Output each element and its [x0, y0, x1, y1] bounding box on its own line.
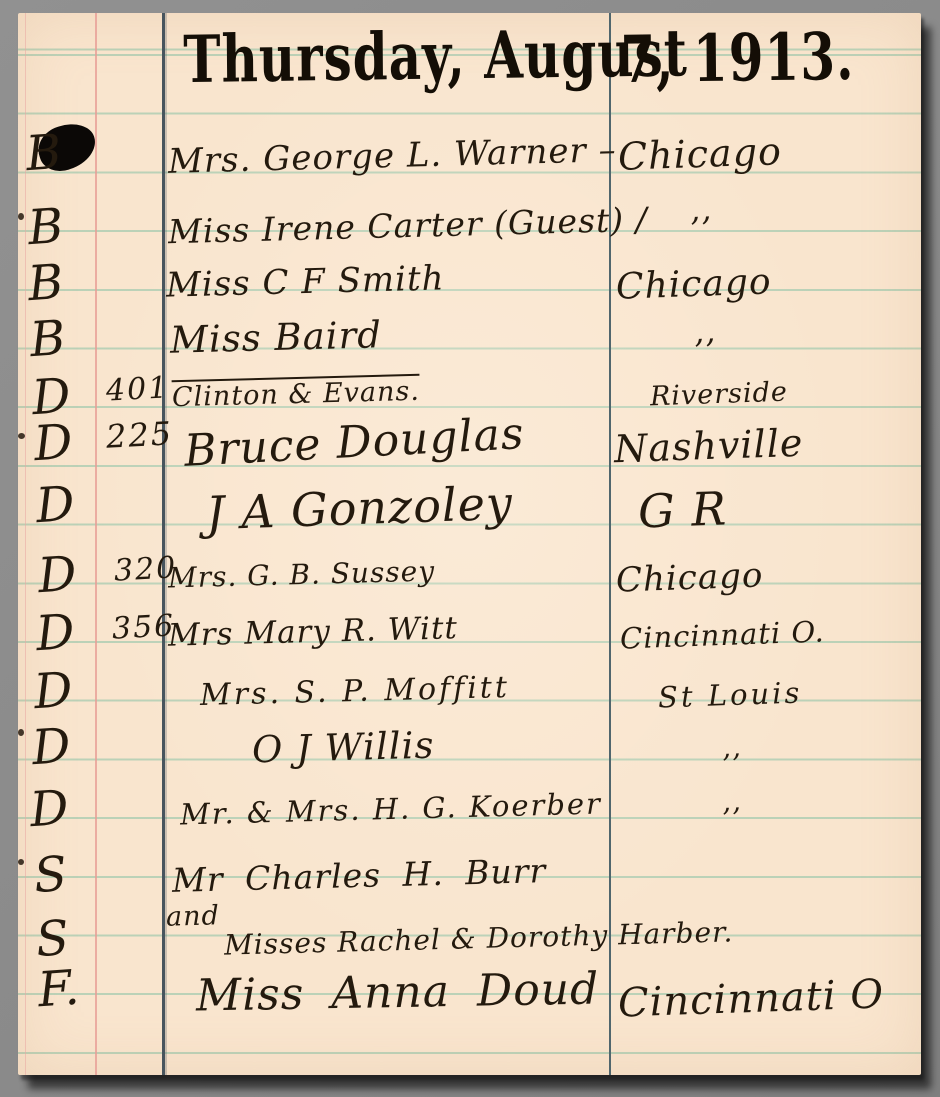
margin-letter: D: [30, 722, 72, 773]
guest-name: Mrs. George L. Warner –: [168, 133, 617, 179]
header-date-right: 7, 1913.: [620, 18, 855, 98]
guest-city: ’’: [722, 805, 743, 834]
register-page: Thursday, August 7, 1913. B Mrs. George …: [18, 13, 921, 1075]
margin-letter: D: [34, 608, 76, 659]
guest-name: Miss Baird: [170, 316, 383, 359]
guest-city: ’’: [693, 335, 716, 368]
stray-ink-mark: [18, 729, 24, 736]
stray-ink-mark: [18, 859, 24, 865]
margin-letter: B: [28, 314, 67, 364]
guest-city: St Louis: [658, 678, 803, 712]
guest-city: Chicago: [615, 558, 763, 597]
stray-ink-mark: [18, 213, 24, 220]
margin-letter: F.: [36, 964, 80, 1015]
guest-name: Mrs. S. P. Moffitt: [200, 673, 511, 711]
header-date-left: Thursday, August: [183, 14, 688, 98]
guest-name: Miss Anna Doud: [196, 967, 600, 1018]
margin-letter: S: [34, 914, 70, 964]
margin-pink-rule: [95, 13, 97, 1075]
city-column-teal-rule: [609, 13, 611, 1075]
margin-letter: B: [24, 128, 63, 178]
guest-name: Mr. & Mrs. H. G. Koerber: [180, 789, 603, 829]
guest-name: Mr Charles H. Burr: [172, 854, 547, 897]
room-number: 356: [111, 611, 176, 644]
guest-city: Cincinnati O.: [620, 617, 826, 653]
margin-letter: B: [26, 258, 65, 308]
margin-letter: D: [36, 550, 78, 601]
guest-city: Cincinnati O: [617, 974, 884, 1023]
room-number: 225: [105, 417, 174, 452]
guest-name-continued: and: [166, 902, 220, 930]
guest-name: Clinton & Evans.: [172, 378, 421, 411]
stray-ink-mark: [18, 433, 25, 439]
room-number: 401: [105, 373, 170, 406]
name-column-dark-rule: [162, 13, 165, 1075]
guest-name: Mrs Mary R. Witt: [168, 613, 459, 652]
guest-city: Nashville: [613, 424, 804, 469]
scan-background: Thursday, August 7, 1913. B Mrs. George …: [0, 0, 940, 1097]
margin-letter: B: [26, 202, 65, 252]
guest-city: ’’: [722, 751, 743, 780]
guest-name: J A Gonzoley: [205, 480, 513, 537]
guest-name: Bruce Douglas: [183, 412, 525, 474]
guest-city: Chicago: [615, 264, 772, 305]
guest-city: G R: [637, 485, 728, 534]
guest-city: Riverside: [650, 379, 789, 411]
guest-city: Chicago: [617, 132, 782, 176]
guest-name: O J Willis: [252, 727, 435, 769]
margin-letter: D: [34, 480, 76, 531]
guest-name: Miss Irene Carter (Guest) /: [168, 203, 648, 249]
guest-name: Mrs. G. B. Sussey: [168, 558, 436, 593]
guest-name: Misses Rachel & Dorothy Harber.: [224, 918, 734, 959]
margin-letter: D: [32, 418, 74, 469]
guest-city: ’’: [689, 213, 712, 246]
guest-name: Miss C F Smith: [166, 261, 445, 302]
margin-letter: D: [32, 666, 74, 717]
margin-letter: S: [32, 850, 68, 900]
left-edge-pink-rule: [25, 13, 26, 1075]
margin-letter: D: [28, 784, 70, 835]
